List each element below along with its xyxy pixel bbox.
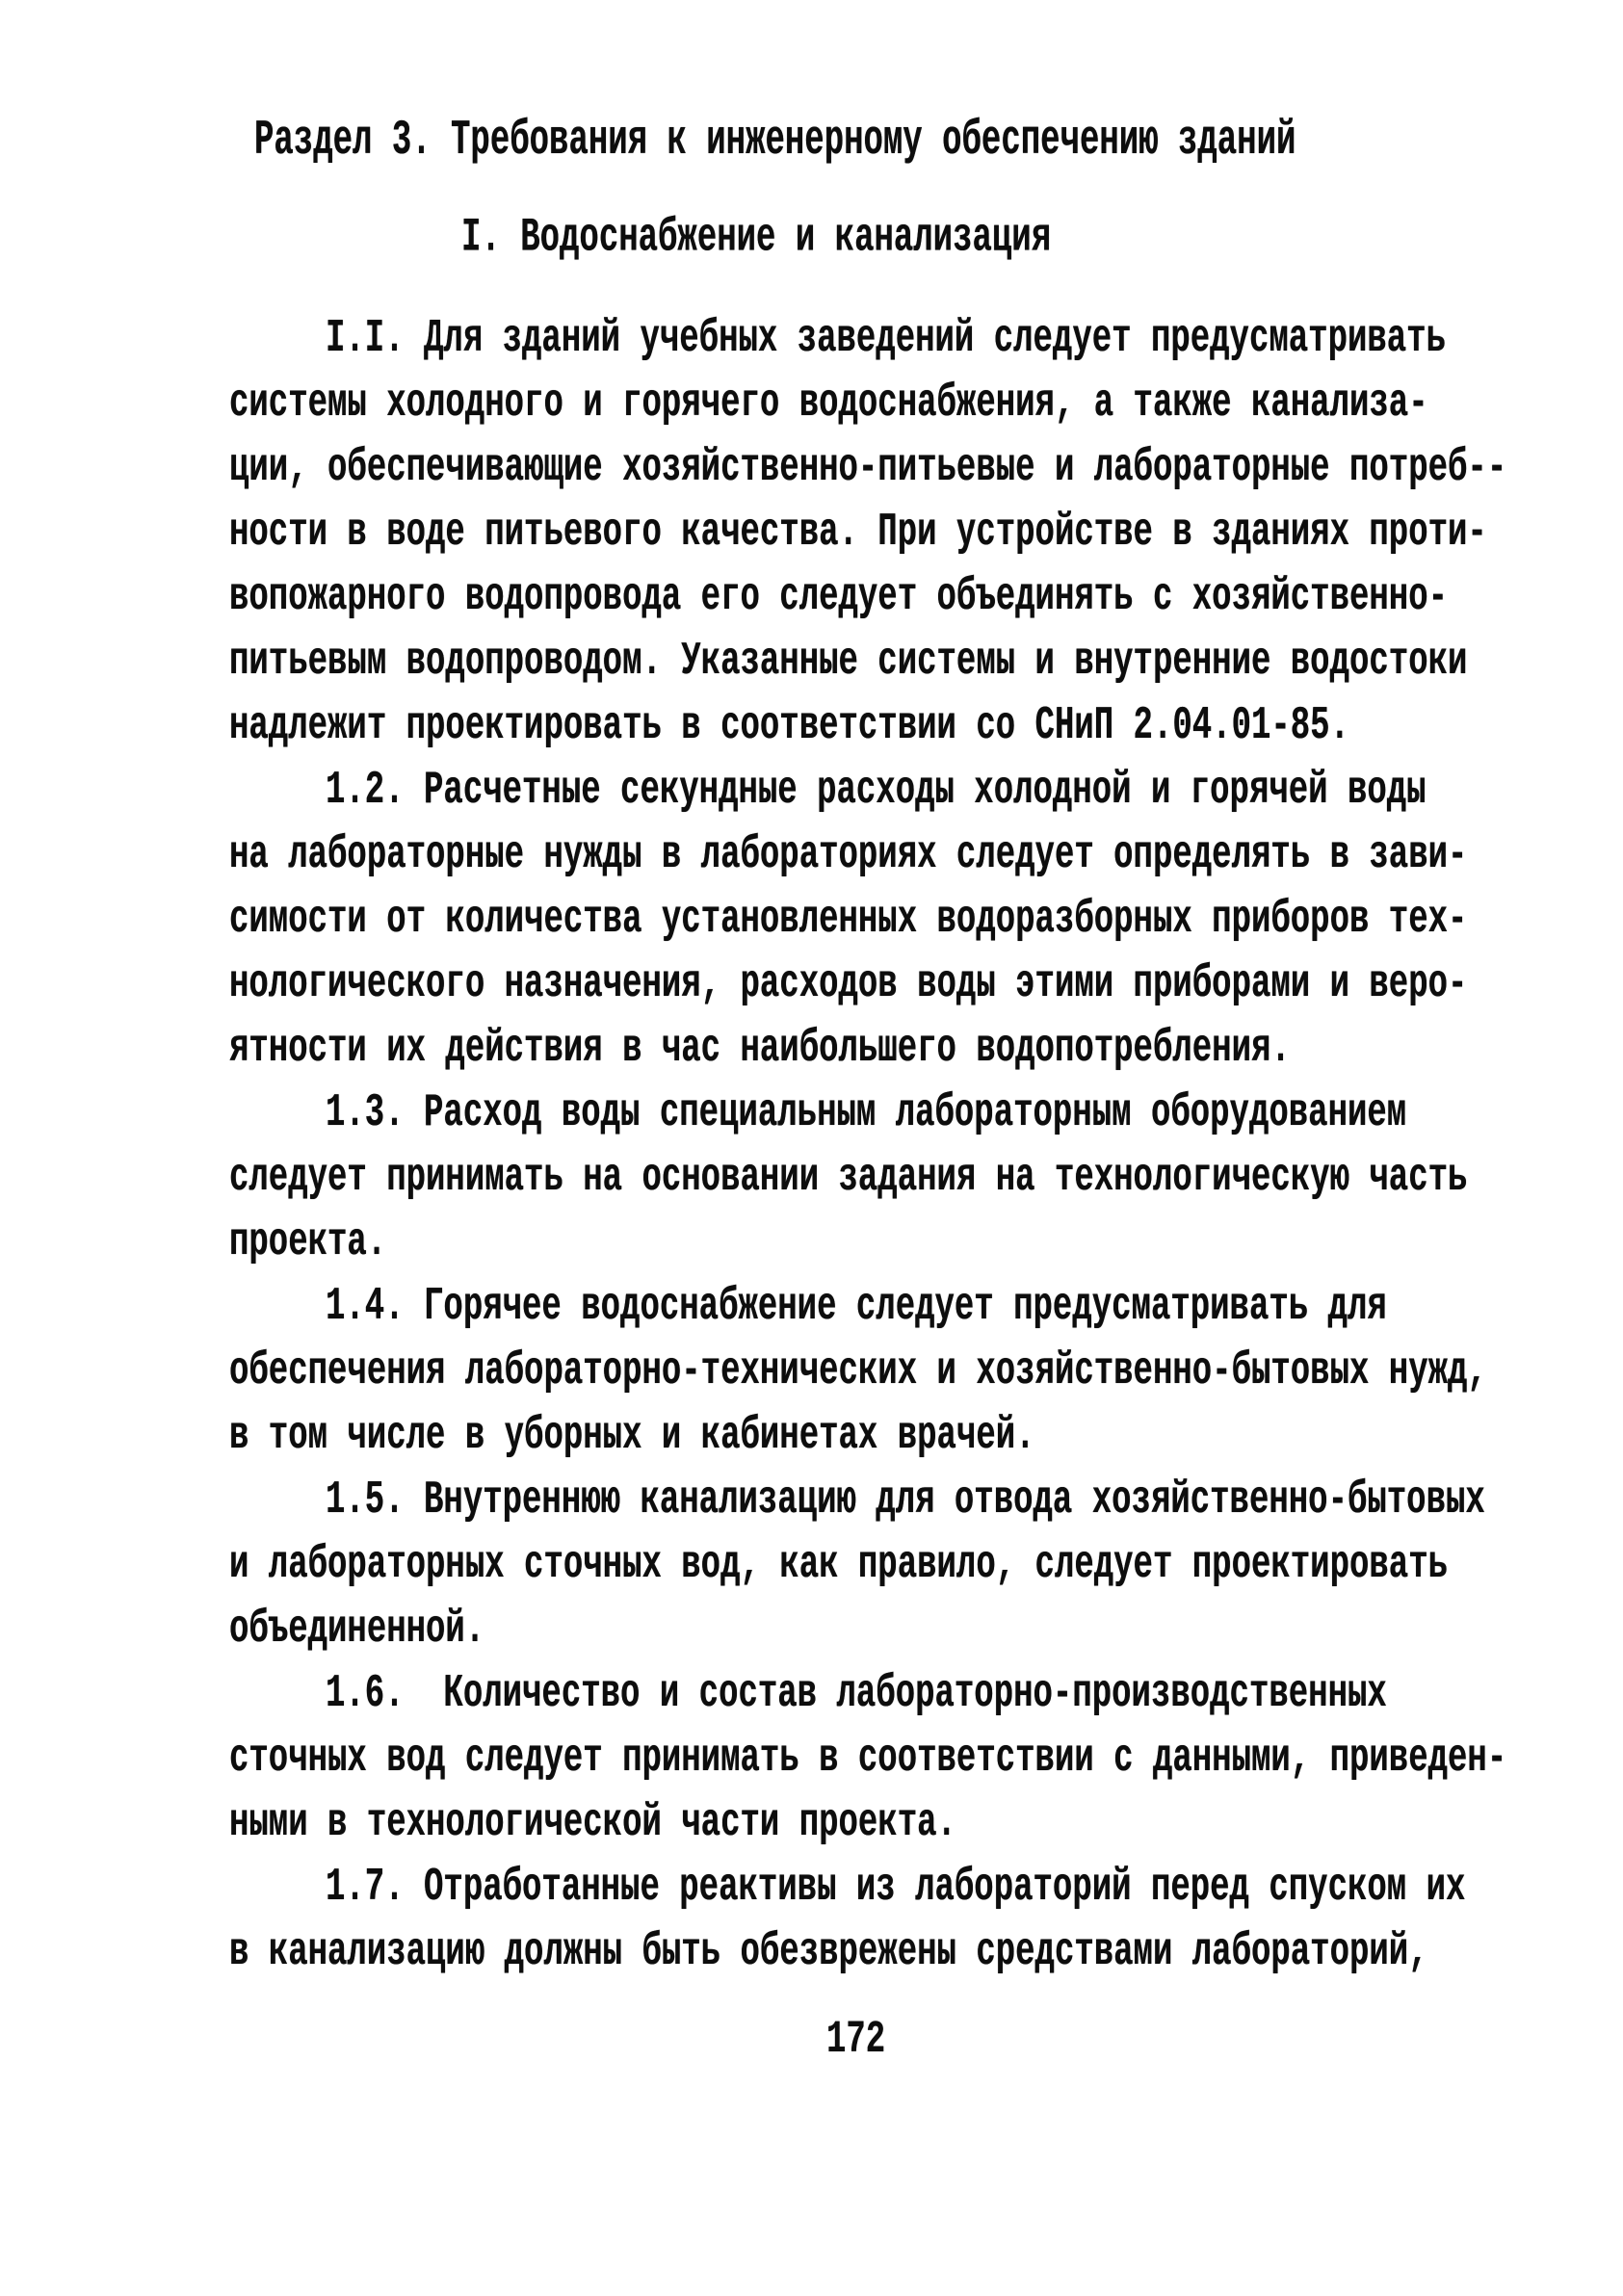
document-page: Раздел 3. Требования к инженерному обесп… — [0, 0, 1623, 2296]
chapter-title: I. Водоснабжение и канализация — [461, 193, 1051, 286]
page-number: 172 — [826, 1996, 885, 2087]
text-line: в канализацию должны быть обезврежены ср… — [229, 1908, 1510, 1999]
document-lines: I.I. Для зданий учебных заведений следуе… — [229, 308, 1510, 1986]
section-title: Раздел 3. Требования к инженерному обесп… — [254, 93, 1296, 191]
